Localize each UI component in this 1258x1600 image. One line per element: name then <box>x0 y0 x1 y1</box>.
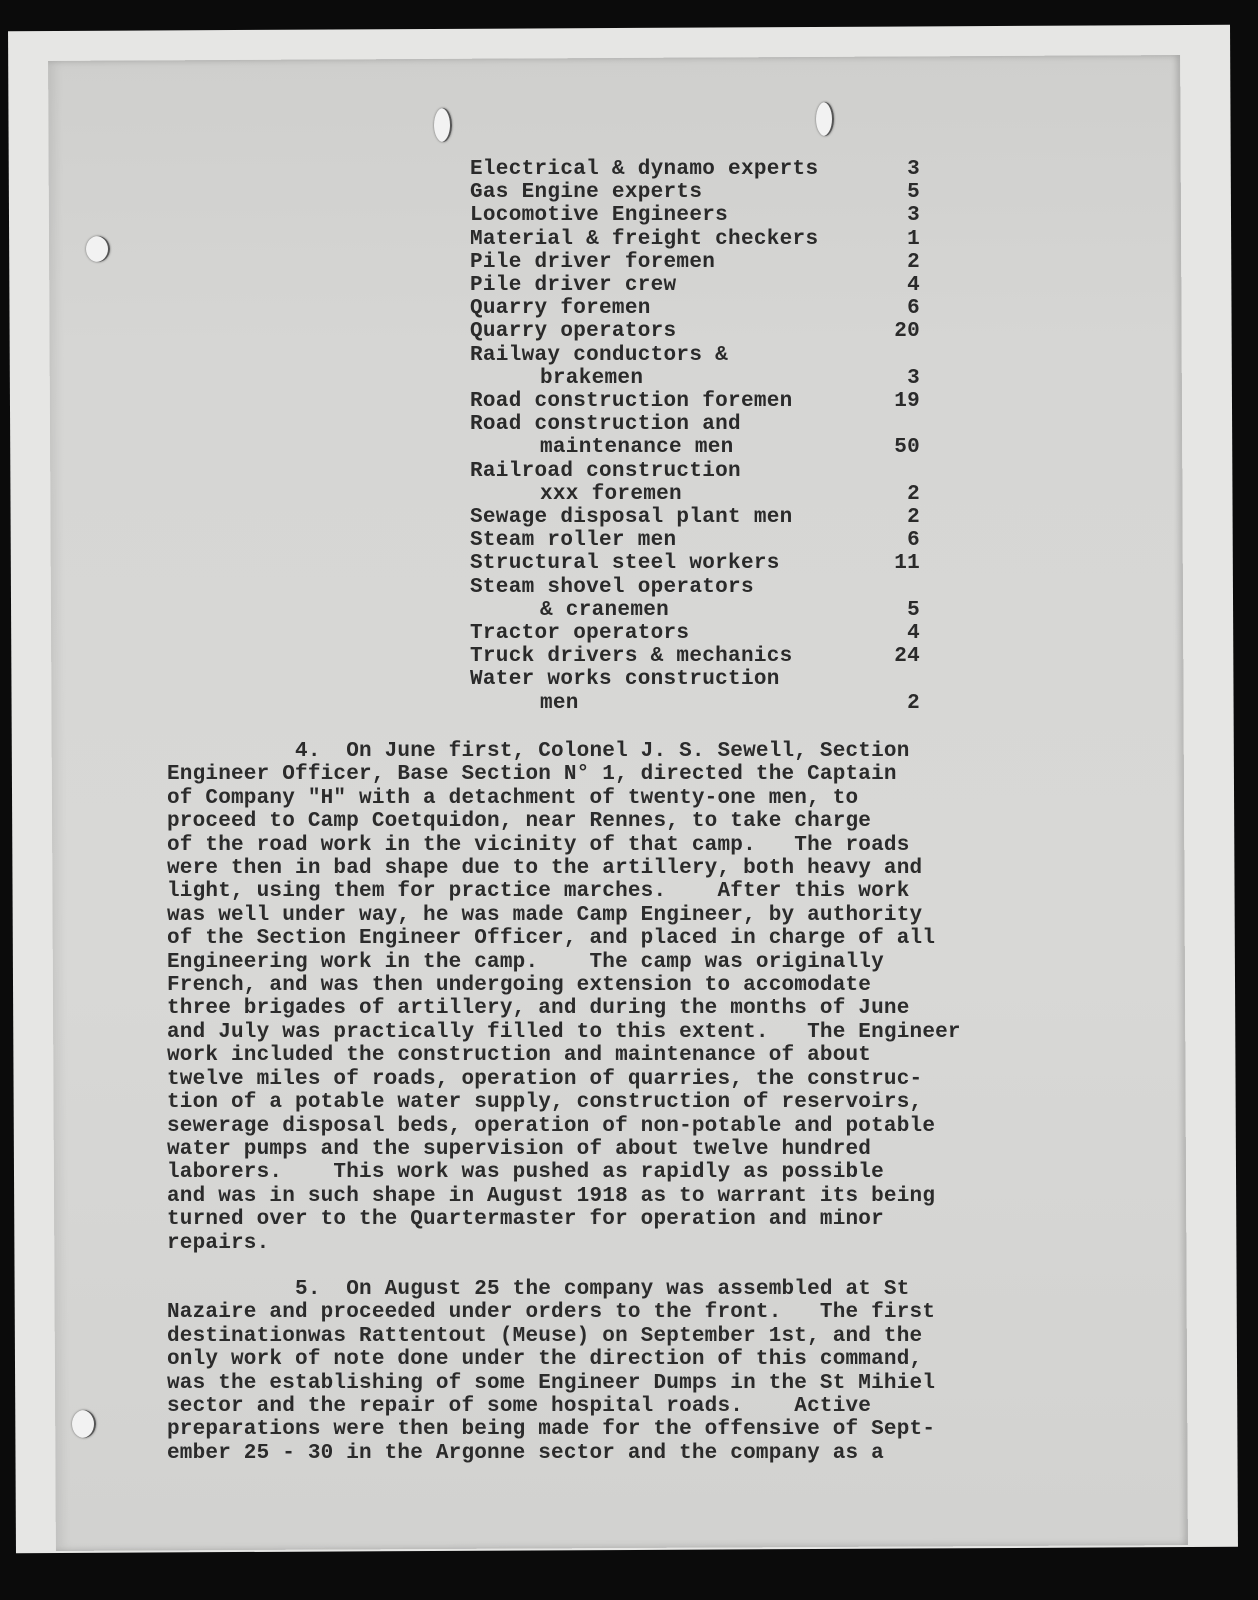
text-line: was the establishing of some Engineer Du… <box>167 1372 1047 1395</box>
text-line: destinationwas Rattentout (Meuse) on Sep… <box>167 1325 1047 1348</box>
punch-hole <box>434 108 452 142</box>
roster-row: Truck drivers & mechanics24 <box>470 645 920 668</box>
text-line: 5. On August 25 the company was assemble… <box>167 1278 1047 1301</box>
roster-occupation: Locomotive Engineers <box>470 204 728 227</box>
punch-hole <box>72 1410 96 1438</box>
roster-occupation: Steam roller men <box>470 529 676 552</box>
roster-row: Quarry foremen6 <box>470 297 920 320</box>
text-line: sewerage disposal beds, operation of non… <box>167 1115 1047 1138</box>
roster-row: Pile driver crew4 <box>470 274 920 297</box>
roster-occupation: Quarry operators <box>470 320 676 343</box>
text-line: Engineering work in the camp. The camp w… <box>167 951 1047 974</box>
text-line: Nazaire and proceeded under orders to th… <box>167 1301 1047 1324</box>
roster-row: Sewage disposal plant men2 <box>470 506 920 529</box>
roster-occupation: Structural steel workers <box>470 552 780 575</box>
text-line: preparations were then being made for th… <box>167 1418 1047 1441</box>
roster-count: 6 <box>880 297 920 320</box>
text-line: turned over to the Quartermaster for ope… <box>167 1208 1047 1231</box>
roster-occupation: Railroad constructionxxx foremen <box>470 460 741 506</box>
roster-row: Structural steel workers11 <box>470 552 920 575</box>
roster-row: Tractor operators4 <box>470 622 920 645</box>
punch-hole <box>816 102 834 136</box>
text-line: only work of note done under the directi… <box>167 1348 1047 1371</box>
roster-occupation: Electrical & dynamo experts <box>470 158 818 181</box>
roster-count: 3 <box>880 204 920 227</box>
roster-occupation: Water works constructionmen <box>470 668 780 714</box>
roster-row: Road construction andmaintenance men50 <box>470 413 920 459</box>
roster-count: 19 <box>880 390 920 413</box>
text-line: and July was practically filled to this … <box>167 1021 1047 1044</box>
roster-row: Road construction foremen19 <box>470 390 920 413</box>
text-line: were then in bad shape due to the artill… <box>167 857 1047 880</box>
text-line: twelve miles of roads, operation of quar… <box>167 1068 1047 1091</box>
roster-occupation: Road construction foremen <box>470 390 793 413</box>
text-line: ember 25 - 30 in the Argonne sector and … <box>167 1442 1047 1465</box>
roster-count: 6 <box>880 529 920 552</box>
text-line: proceed to Camp Coetquidon, near Rennes,… <box>167 810 1047 833</box>
roster-row: Steam roller men6 <box>470 529 920 552</box>
text-line: water pumps and the supervision of about… <box>167 1138 1047 1161</box>
roster-occupation: Pile driver foremen <box>470 251 715 274</box>
roster-occupation: Sewage disposal plant men <box>470 506 793 529</box>
text-line: tion of a potable water supply, construc… <box>167 1091 1047 1114</box>
roster-row: Steam shovel operators& cranemen5 <box>470 576 920 622</box>
roster-row: Railroad constructionxxx foremen2 <box>470 460 920 506</box>
roster-row: Quarry operators20 <box>470 320 920 343</box>
text-line: French, and was then undergoing extensio… <box>167 974 1047 997</box>
roster-count: 2 <box>880 251 920 274</box>
roster-count: 2 <box>880 692 920 715</box>
text-line: was well under way, he was made Camp Eng… <box>167 904 1047 927</box>
roster-occupation: Pile driver crew <box>470 274 676 297</box>
roster-count: 3 <box>880 367 920 390</box>
text-line: three brigades of artillery, and during … <box>167 997 1047 1020</box>
roster-count: 50 <box>880 436 920 459</box>
roster-count: 3 <box>880 158 920 181</box>
roster-row: Locomotive Engineers3 <box>470 204 920 227</box>
roster-count: 5 <box>880 599 920 622</box>
roster-row: Gas Engine experts5 <box>470 181 920 204</box>
paragraph-4: 4. On June first, Colonel J. S. Sewell, … <box>167 740 1047 1255</box>
punch-hole <box>86 236 110 262</box>
roster-count: 20 <box>880 320 920 343</box>
roster-occupation: Tractor operators <box>470 622 689 645</box>
text-line: 4. On June first, Colonel J. S. Sewell, … <box>167 740 1047 763</box>
text-line: light, using them for practice marches. … <box>167 880 1047 903</box>
personnel-roster-list: Electrical & dynamo experts3Gas Engine e… <box>470 158 920 715</box>
text-line: repairs. <box>167 1232 1047 1255</box>
text-line: and was in such shape in August 1918 as … <box>167 1185 1047 1208</box>
roster-count: 24 <box>880 645 920 668</box>
roster-occupation: Gas Engine experts <box>470 181 702 204</box>
roster-row: Pile driver foremen2 <box>470 251 920 274</box>
roster-count: 2 <box>880 483 920 506</box>
text-line: of the Section Engineer Officer, and pla… <box>167 927 1047 950</box>
paragraph-5: 5. On August 25 the company was assemble… <box>167 1278 1047 1465</box>
roster-count: 4 <box>880 274 920 297</box>
text-line: sector and the repair of some hospital r… <box>167 1395 1047 1418</box>
roster-row: Railway conductors &brakemen3 <box>470 344 920 390</box>
roster-occupation: Road construction andmaintenance men <box>470 413 741 459</box>
roster-occupation: Quarry foremen <box>470 297 651 320</box>
roster-row: Electrical & dynamo experts3 <box>470 158 920 181</box>
roster-occupation: Material & freight checkers <box>470 228 818 251</box>
roster-occupation: Railway conductors &brakemen <box>470 344 728 390</box>
text-line: laborers. This work was pushed as rapidl… <box>167 1161 1047 1184</box>
roster-count: 4 <box>880 622 920 645</box>
roster-occupation: Truck drivers & mechanics <box>470 645 793 668</box>
roster-count: 1 <box>880 228 920 251</box>
roster-count: 11 <box>880 552 920 575</box>
text-line: of Company "H" with a detachment of twen… <box>167 787 1047 810</box>
roster-count: 5 <box>880 181 920 204</box>
roster-occupation: Steam shovel operators& cranemen <box>470 576 754 622</box>
roster-row: Water works constructionmen2 <box>470 668 920 714</box>
text-line: work included the construction and maint… <box>167 1044 1047 1067</box>
text-line: Engineer Officer, Base Section N° 1, dir… <box>167 763 1047 786</box>
roster-count: 2 <box>880 506 920 529</box>
text-line: of the road work in the vicinity of that… <box>167 834 1047 857</box>
roster-row: Material & freight checkers1 <box>470 228 920 251</box>
